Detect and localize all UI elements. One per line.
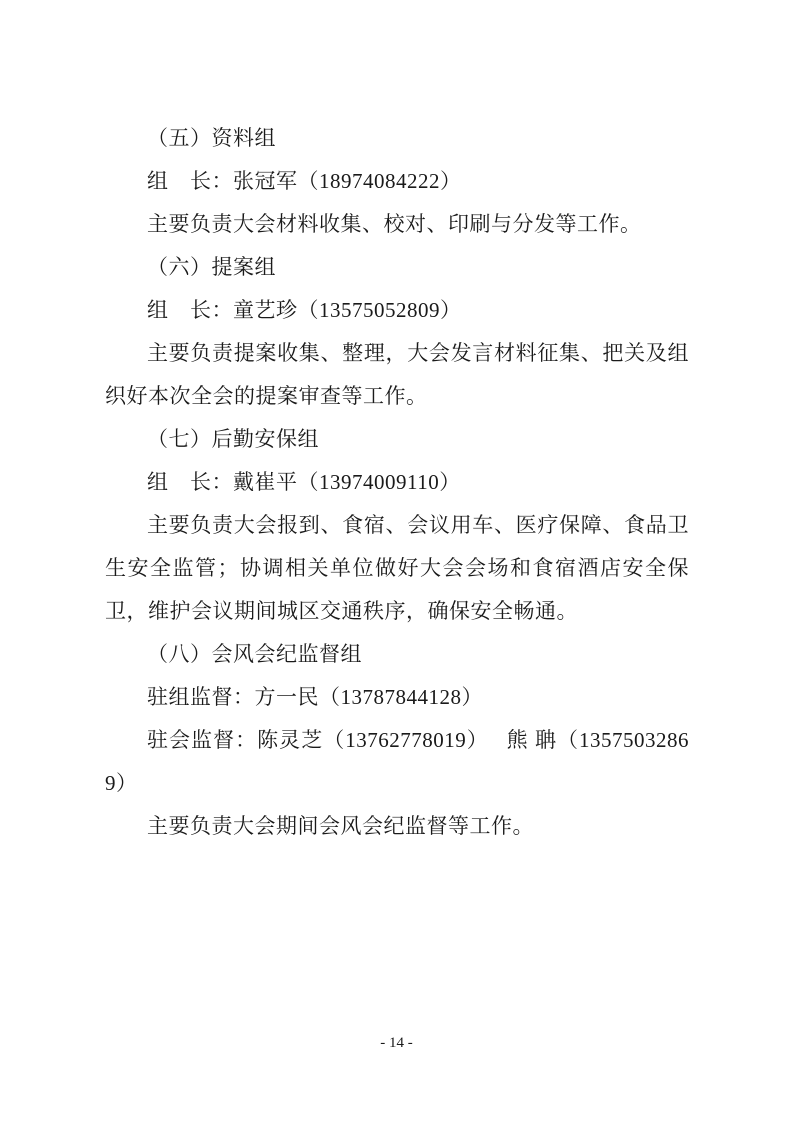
document-body: （五）资料组组 长：张冠军（18974084222）主要负责大会材料收集、校对、… — [105, 117, 689, 848]
paragraph: 驻会监督：陈灵芝（13762778019） 熊 聃（13575032869） — [105, 719, 689, 805]
paragraph: 主要负责大会报到、食宿、会议用车、医疗保障、食品卫生安全监管；协调相关单位做好大… — [105, 504, 689, 633]
paragraph: 组 长：戴崔平（13974009110） — [105, 461, 689, 504]
paragraph: 组 长：童艺珍（13575052809） — [105, 289, 689, 332]
page-number: - 14 - — [0, 1033, 793, 1053]
section-heading: （八）会风会纪监督组 — [105, 633, 689, 676]
section-heading: （六）提案组 — [105, 246, 689, 289]
paragraph: 主要负责大会期间会风会纪监督等工作。 — [105, 805, 689, 848]
paragraph: 组 长：张冠军（18974084222） — [105, 160, 689, 203]
section-heading: （七）后勤安保组 — [105, 418, 689, 461]
document-page: （五）资料组组 长：张冠军（18974084222）主要负责大会材料收集、校对、… — [0, 0, 793, 1122]
paragraph: 主要负责提案收集、整理，大会发言材料征集、把关及组织好本次全会的提案审查等工作。 — [105, 332, 689, 418]
section-heading: （五）资料组 — [105, 117, 689, 160]
paragraph: 主要负责大会材料收集、校对、印刷与分发等工作。 — [105, 203, 689, 246]
paragraph: 驻组监督：方一民（13787844128） — [105, 676, 689, 719]
